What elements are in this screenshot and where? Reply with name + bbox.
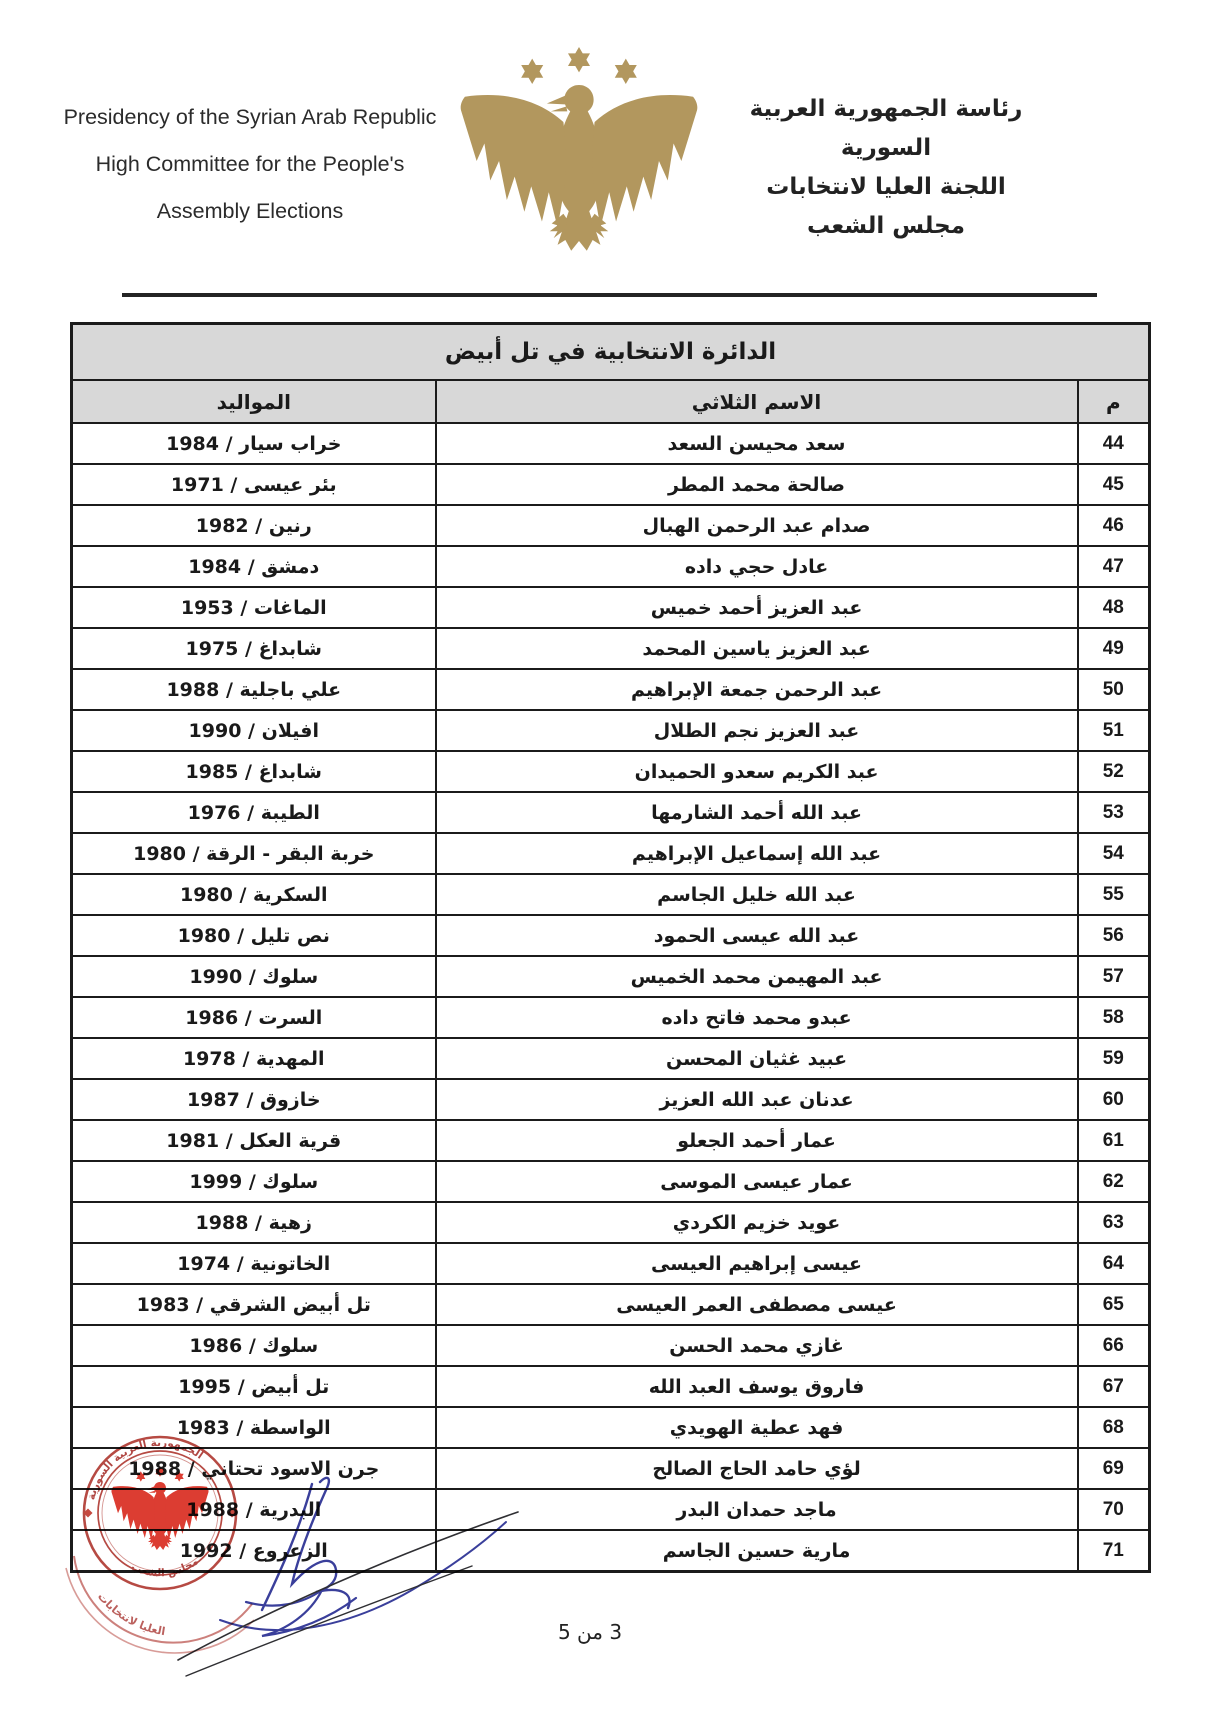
row-name: عبد العزيز أحمد خميس xyxy=(436,587,1078,628)
letterhead-arabic-line: اللجنة العليا لانتخابات xyxy=(718,168,1054,207)
row-birth: خازوق / 1987 xyxy=(72,1079,436,1120)
page-number-label: 3 من 5 xyxy=(480,1620,700,1644)
row-birth: قرية العكل / 1981 xyxy=(72,1120,436,1161)
column-header-name: الاسم الثلاثي xyxy=(436,380,1078,423)
table-row: 63 عويد خزيم الكردي زهية / 1988 xyxy=(72,1202,1150,1243)
horizontal-rule xyxy=(122,293,1097,297)
signature-scribble-icon xyxy=(150,1438,560,1700)
golden-eagle-emblem-icon xyxy=(452,46,706,280)
row-name: صدام عبد الرحمن الهبال xyxy=(436,505,1078,546)
row-name: عادل حجي داده xyxy=(436,546,1078,587)
row-birth: نص تليل / 1980 xyxy=(72,915,436,956)
table-row: 59 عبيد غثيان المحسن المهدية / 1978 xyxy=(72,1038,1150,1079)
row-birth: الخاتونية / 1974 xyxy=(72,1243,436,1284)
table-row: 56 عبد الله عيسى الحمود نص تليل / 1980 xyxy=(72,915,1150,956)
row-name: عيسى مصطفى العمر العيسى xyxy=(436,1284,1078,1325)
table-row: 52 عبد الكريم سعدو الحميدان شابداغ / 198… xyxy=(72,751,1150,792)
row-number: 59 xyxy=(1078,1038,1150,1079)
row-name: عبدو محمد فاتح داده xyxy=(436,997,1078,1038)
row-number: 61 xyxy=(1078,1120,1150,1161)
row-name: غازي محمد الحسن xyxy=(436,1325,1078,1366)
row-name: عبد الله إسماعيل الإبراهيم xyxy=(436,833,1078,874)
row-name: سعد محيسن السعد xyxy=(436,423,1078,464)
row-name: عبد العزيز نجم الطلال xyxy=(436,710,1078,751)
row-birth: دمشق / 1984 xyxy=(72,546,436,587)
row-birth: خربة البقر - الرقة / 1980 xyxy=(72,833,436,874)
table-row: 45 صالحة محمد المطر بئر عيسى / 1971 xyxy=(72,464,1150,505)
letterhead-arabic: رئاسة الجمهورية العربية السورية اللجنة ا… xyxy=(718,90,1054,246)
row-birth: سلوك / 1986 xyxy=(72,1325,436,1366)
row-birth: تل أبيض الشرقي / 1983 xyxy=(72,1284,436,1325)
row-birth: شابداغ / 1985 xyxy=(72,751,436,792)
row-number: 71 xyxy=(1078,1530,1150,1572)
row-number: 65 xyxy=(1078,1284,1150,1325)
row-birth: السرت / 1986 xyxy=(72,997,436,1038)
row-birth: الطيبة / 1976 xyxy=(72,792,436,833)
row-birth: افيلان / 1990 xyxy=(72,710,436,751)
row-number: 57 xyxy=(1078,956,1150,997)
row-number: 64 xyxy=(1078,1243,1150,1284)
row-name: عبد الله عيسى الحمود xyxy=(436,915,1078,956)
row-birth: خراب سيار / 1984 xyxy=(72,423,436,464)
row-number: 48 xyxy=(1078,587,1150,628)
table-row: 49 عبد العزيز ياسين المحمد شابداغ / 1975 xyxy=(72,628,1150,669)
table-row: 44 سعد محيسن السعد خراب سيار / 1984 xyxy=(72,423,1150,464)
letterhead-arabic-line: رئاسة الجمهورية العربية السورية xyxy=(718,90,1054,168)
row-name: عدنان عبد الله العزيز xyxy=(436,1079,1078,1120)
table-row: 47 عادل حجي داده دمشق / 1984 xyxy=(72,546,1150,587)
table-row: 50 عبد الرحمن جمعة الإبراهيم علي باجلية … xyxy=(72,669,1150,710)
row-name: عبيد غثيان المحسن xyxy=(436,1038,1078,1079)
row-number: 54 xyxy=(1078,833,1150,874)
table-row: 60 عدنان عبد الله العزيز خازوق / 1987 xyxy=(72,1079,1150,1120)
row-number: 58 xyxy=(1078,997,1150,1038)
row-birth: المهدية / 1978 xyxy=(72,1038,436,1079)
row-number: 63 xyxy=(1078,1202,1150,1243)
row-number: 46 xyxy=(1078,505,1150,546)
row-birth: السكرية / 1980 xyxy=(72,874,436,915)
row-name: عبد المهيمن محمد الخميس xyxy=(436,956,1078,997)
table-title-row: الدائرة الانتخابية في تل أبيض xyxy=(72,324,1150,381)
row-name: عبد الله أحمد الشارمها xyxy=(436,792,1078,833)
row-number: 50 xyxy=(1078,669,1150,710)
row-birth: رنين / 1982 xyxy=(72,505,436,546)
row-number: 68 xyxy=(1078,1407,1150,1448)
row-birth: الماغات / 1953 xyxy=(72,587,436,628)
letterhead-english-line: Presidency of the Syrian Arab Republic xyxy=(58,104,442,130)
document-page: Presidency of the Syrian Arab Republic H… xyxy=(0,0,1220,1714)
row-name: عبد العزيز ياسين المحمد xyxy=(436,628,1078,669)
letterhead-english: Presidency of the Syrian Arab Republic H… xyxy=(58,104,442,245)
table-row: 54 عبد الله إسماعيل الإبراهيم خربة البقر… xyxy=(72,833,1150,874)
row-name: عمار عيسى الموسى xyxy=(436,1161,1078,1202)
letterhead-english-line: Assembly Elections xyxy=(58,198,442,224)
row-number: 51 xyxy=(1078,710,1150,751)
row-number: 49 xyxy=(1078,628,1150,669)
row-name: عبد الله خليل الجاسم xyxy=(436,874,1078,915)
table-header-row: م الاسم الثلاثي المواليد xyxy=(72,380,1150,423)
table-row: 62 عمار عيسى الموسى سلوك / 1999 xyxy=(72,1161,1150,1202)
table-row: 57 عبد المهيمن محمد الخميس سلوك / 1990 xyxy=(72,956,1150,997)
row-number: 67 xyxy=(1078,1366,1150,1407)
table-row: 48 عبد العزيز أحمد خميس الماغات / 1953 xyxy=(72,587,1150,628)
row-number: 66 xyxy=(1078,1325,1150,1366)
letterhead-arabic-line: مجلس الشعب xyxy=(718,207,1054,246)
row-number: 53 xyxy=(1078,792,1150,833)
row-birth: سلوك / 1999 xyxy=(72,1161,436,1202)
table-row: 64 عيسى إبراهيم العيسى الخاتونية / 1974 xyxy=(72,1243,1150,1284)
row-name: صالحة محمد المطر xyxy=(436,464,1078,505)
row-birth: علي باجلية / 1988 xyxy=(72,669,436,710)
row-name: فاروق يوسف العبد الله xyxy=(436,1366,1078,1407)
row-number: 62 xyxy=(1078,1161,1150,1202)
row-number: 47 xyxy=(1078,546,1150,587)
row-number: 69 xyxy=(1078,1448,1150,1489)
table-row: 55 عبد الله خليل الجاسم السكرية / 1980 xyxy=(72,874,1150,915)
row-number: 56 xyxy=(1078,915,1150,956)
row-birth: شابداغ / 1975 xyxy=(72,628,436,669)
candidates-tbody: 44 سعد محيسن السعد خراب سيار / 1984 45 ص… xyxy=(72,423,1150,1572)
row-birth: بئر عيسى / 1971 xyxy=(72,464,436,505)
row-name: عمار أحمد الجعلو xyxy=(436,1120,1078,1161)
row-number: 60 xyxy=(1078,1079,1150,1120)
row-name: عبد الكريم سعدو الحميدان xyxy=(436,751,1078,792)
letterhead-english-line: High Committee for the People's xyxy=(58,151,442,177)
row-birth: سلوك / 1990 xyxy=(72,956,436,997)
row-number: 55 xyxy=(1078,874,1150,915)
table-row: 53 عبد الله أحمد الشارمها الطيبة / 1976 xyxy=(72,792,1150,833)
row-number: 44 xyxy=(1078,423,1150,464)
row-name: عيسى إبراهيم العيسى xyxy=(436,1243,1078,1284)
row-name: عويد خزيم الكردي xyxy=(436,1202,1078,1243)
row-birth: تل أبيض / 1995 xyxy=(72,1366,436,1407)
column-header-birth: المواليد xyxy=(72,380,436,423)
table-row: 46 صدام عبد الرحمن الهبال رنين / 1982 xyxy=(72,505,1150,546)
candidates-table: الدائرة الانتخابية في تل أبيض م الاسم ال… xyxy=(70,322,1151,1573)
row-birth: زهية / 1988 xyxy=(72,1202,436,1243)
row-number: 45 xyxy=(1078,464,1150,505)
table-row: 51 عبد العزيز نجم الطلال افيلان / 1990 xyxy=(72,710,1150,751)
column-header-number: م xyxy=(1078,380,1150,423)
row-name: عبد الرحمن جمعة الإبراهيم xyxy=(436,669,1078,710)
table-title: الدائرة الانتخابية في تل أبيض xyxy=(72,324,1150,381)
table-row: 66 غازي محمد الحسن سلوك / 1986 xyxy=(72,1325,1150,1366)
table-row: 65 عيسى مصطفى العمر العيسى تل أبيض الشرق… xyxy=(72,1284,1150,1325)
table-row: 58 عبدو محمد فاتح داده السرت / 1986 xyxy=(72,997,1150,1038)
table-row: 67 فاروق يوسف العبد الله تل أبيض / 1995 xyxy=(72,1366,1150,1407)
table-row: 61 عمار أحمد الجعلو قرية العكل / 1981 xyxy=(72,1120,1150,1161)
row-number: 52 xyxy=(1078,751,1150,792)
row-number: 70 xyxy=(1078,1489,1150,1530)
